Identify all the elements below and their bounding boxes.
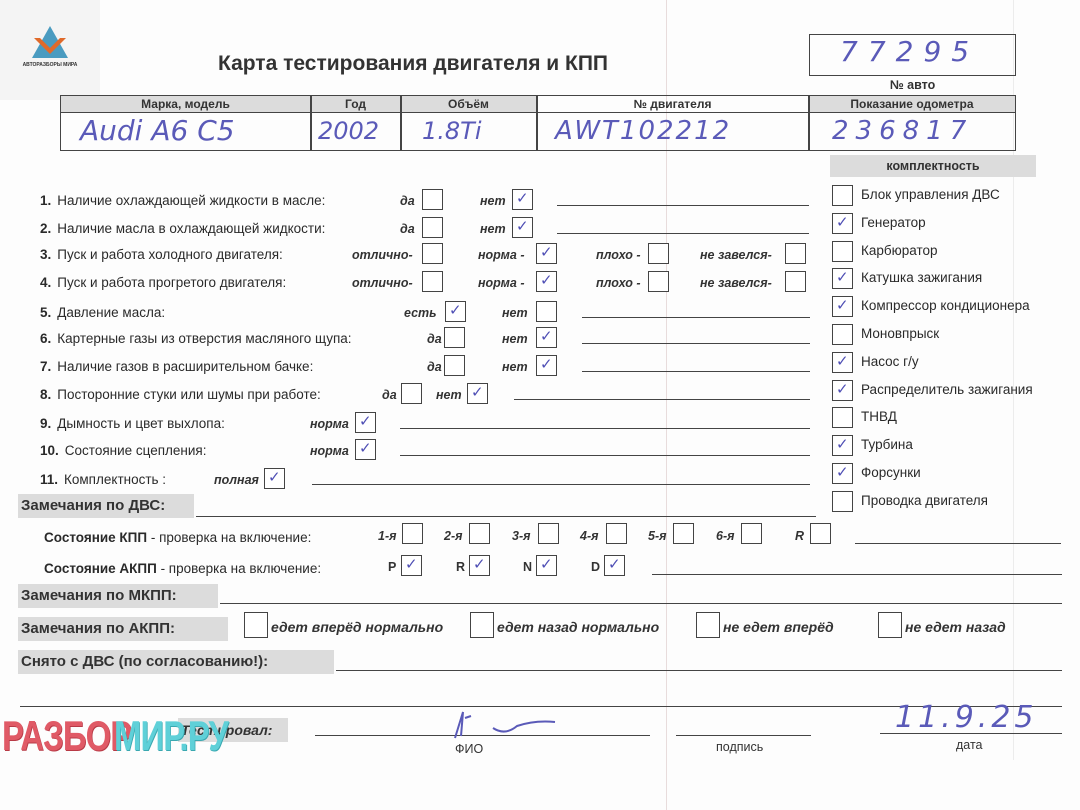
engine-number-value[interactable]: AWT102212 [555,116,731,146]
kpp-notes-field[interactable] [855,543,1061,544]
option-label: отлично- [352,248,413,262]
akpp-notes-field[interactable] [652,574,1062,575]
checkbox[interactable]: ✓ [355,412,376,433]
option-label: отлично- [352,276,413,290]
gear-label: 4-я [580,529,598,543]
option-label: нет [480,194,506,208]
logo-icon [30,24,70,60]
gear-checkbox[interactable] [673,523,694,544]
check-mark-icon: ✓ [268,468,281,486]
checkbox[interactable] [648,271,669,292]
option-label: норма - [478,248,525,262]
check-label: 3.Пуск и работа холодного двигателя: [40,247,283,262]
check-mark-icon: ✓ [449,301,462,319]
check-label: 9.Дымность и цвет выхлопа: [40,416,225,431]
watermark-part1: РАЗБОР [2,712,131,760]
check-mark-icon: ✓ [405,555,418,573]
check-mark-icon: ✓ [836,435,849,453]
check-mark-icon: ✓ [540,243,553,261]
check-mark-icon: ✓ [540,327,553,345]
checkbox[interactable] [422,217,443,238]
check-mark-icon: ✓ [540,271,553,289]
gear-label: D [591,560,600,574]
gear-label: 5-я [648,529,666,543]
fio-caption: ФИО [455,742,483,756]
option-label: плохо - [596,276,640,290]
table-divider [400,95,402,151]
checkbox[interactable]: ✓ [512,217,533,238]
check-label: 4.Пуск и работа прогретого двигателя: [40,275,286,290]
page-title: Карта тестирования двигателя и КПП [218,52,608,76]
gear-label: 1-я [378,529,396,543]
signature-scribble [445,708,565,740]
option-label: нет [480,222,506,236]
check-mark-icon: ✓ [473,555,486,573]
completeness-item: Насос г/у [861,354,919,369]
gear-checkbox[interactable] [810,523,831,544]
checkbox[interactable] [422,189,443,210]
check-label: 2.Наличие масла в охлаждающей жидкости: [40,221,325,236]
check-mark-icon: ✓ [836,296,849,314]
checkbox[interactable] [444,327,465,348]
notes-field[interactable] [557,233,809,234]
completeness-checkbox[interactable]: ✓ [832,352,853,373]
gear-checkbox[interactable] [469,523,490,544]
akpp-remarks-label: Замечания по АКПП: [18,617,228,641]
notes-field[interactable] [582,371,810,372]
check-label: 11.Комплектность : [40,472,166,487]
col-header: Год [311,96,400,112]
gear-label: 6-я [716,529,734,543]
completeness-checkbox[interactable]: ✓ [832,380,853,401]
check-label: 10.Состояние сцепления: [40,443,207,458]
checkbox[interactable]: ✓ [536,271,557,292]
gear-checkbox[interactable]: ✓ [604,555,625,576]
akpp-remark-label: не едет вперёд [723,619,834,635]
option-label: норма [310,417,349,431]
make-model-value[interactable]: Audi A6 C5 [80,114,235,147]
completeness-item: Блок управления ДВС [861,187,1000,202]
notes-field[interactable] [557,205,809,206]
checkbox[interactable]: ✓ [512,189,533,210]
checkbox[interactable]: ✓ [445,301,466,322]
engine-remarks-field[interactable] [196,516,816,517]
akpp-check-label: Состояние АКПП - проверка на включение: [44,561,321,576]
completeness-item: Турбина [861,437,913,452]
auto-number-value: 77295 [840,35,979,68]
completeness-checkbox[interactable]: ✓ [832,268,853,289]
option-label: нет [502,306,528,320]
check-mark-icon: ✓ [836,380,849,398]
gear-label: R [456,560,465,574]
sign-caption: подпись [716,740,763,754]
option-label: да [400,222,415,236]
check-mark-icon: ✓ [516,189,529,207]
kpp-check-label: Состояние КПП - проверка на включение: [44,530,311,545]
mkpp-remarks-label: Замечания по МКПП: [18,584,218,608]
removed-field[interactable] [336,670,1062,671]
akpp-remark-checkbox[interactable] [696,612,720,638]
completeness-checkbox[interactable] [832,407,853,428]
option-label: плохо - [596,248,640,262]
auto-number-label: № авто [809,76,1016,94]
check-label: 7.Наличие газов в расширительном бачке: [40,359,313,374]
check-mark-icon: ✓ [836,268,849,286]
auto-number-field[interactable]: 77295 [809,34,1016,76]
completeness-checkbox[interactable]: ✓ [832,463,853,484]
option-label: нет [502,332,528,346]
akpp-remark-checkbox[interactable] [244,612,268,638]
completeness-checkbox[interactable] [832,185,853,206]
checkbox[interactable]: ✓ [536,243,557,264]
option-label: полная [214,473,259,487]
akpp-remark-label: не едет назад [905,619,1006,635]
checkbox[interactable] [444,355,465,376]
table-divider [808,95,810,151]
completeness-item: Карбюратор [861,243,938,258]
option-label: да [427,332,442,346]
completeness-item: Генератор [861,215,926,230]
gear-checkbox[interactable]: ✓ [401,555,422,576]
check-mark-icon: ✓ [516,217,529,235]
gear-label: 3-я [512,529,530,543]
mkpp-remarks-field[interactable] [220,603,1062,604]
checkbox[interactable]: ✓ [536,355,557,376]
completeness-item: Форсунки [861,465,921,480]
option-label: есть [404,306,437,320]
option-label: не завелся- [700,248,772,262]
completeness-item: Компрессор кондиционера [861,298,1030,313]
engine-remarks-label: Замечания по ДВС: [18,494,194,518]
gear-checkbox[interactable]: ✓ [536,555,557,576]
check-mark-icon: ✓ [836,352,849,370]
checkbox[interactable] [648,243,669,264]
check-mark-icon: ✓ [359,439,372,457]
gear-checkbox[interactable] [538,523,559,544]
notes-field[interactable] [582,343,810,344]
check-mark-icon: ✓ [608,555,621,573]
checkbox[interactable]: ✓ [355,439,376,460]
check-mark-icon: ✓ [540,555,553,573]
volume-value[interactable]: 1.8Ti [422,117,482,145]
completeness-checkbox[interactable] [832,491,853,512]
gear-checkbox[interactable] [606,523,627,544]
akpp-remark-checkbox[interactable] [470,612,494,638]
year-value[interactable]: 2002 [318,117,379,145]
akpp-remark-checkbox[interactable] [878,612,902,638]
option-label: нет [436,388,462,402]
watermark-part2: МИР.РУ [114,712,228,760]
gear-label: R [795,529,804,543]
checkbox[interactable] [422,243,443,264]
completeness-header: комплектность [830,155,1036,177]
gear-label: 2-я [444,529,462,543]
checkbox[interactable] [422,271,443,292]
gear-checkbox[interactable]: ✓ [469,555,490,576]
checkbox[interactable] [785,243,806,264]
gear-checkbox[interactable] [741,523,762,544]
completeness-checkbox[interactable]: ✓ [832,213,853,234]
checkbox[interactable]: ✓ [467,383,488,404]
check-label: 1.Наличие охлаждающей жидкости в масле: [40,193,325,208]
col-header: № двигателя [537,96,808,112]
check-label: 5.Давление масла: [40,305,165,320]
checkbox[interactable] [785,271,806,292]
date-caption: дата [956,738,983,752]
checkbox[interactable] [401,383,422,404]
col-header: Марка, модель [61,96,310,112]
col-header: Объём [401,96,536,112]
completeness-checkbox[interactable]: ✓ [832,435,853,456]
notes-field[interactable] [582,317,810,318]
akpp-remark-label: едет вперёд нормально [271,619,443,635]
check-mark-icon: ✓ [836,463,849,481]
logo-text: АВТОРАЗБОРЫ МИРА [20,62,80,68]
completeness-checkbox[interactable] [832,324,853,345]
option-label: нет [502,360,528,374]
option-label: да [427,360,442,374]
completeness-checkbox[interactable] [832,241,853,262]
gear-label: N [523,560,532,574]
table-divider [536,95,538,151]
check-mark-icon: ✓ [836,213,849,231]
date-value: 11.9.25 [895,700,1038,735]
checkbox[interactable]: ✓ [264,468,285,489]
option-label: да [382,388,397,402]
sign-field[interactable] [676,735,811,736]
gear-checkbox[interactable] [402,523,423,544]
completeness-item: Катушка зажигания [861,270,982,285]
notes-field[interactable] [312,484,810,485]
akpp-remark-label: едет назад нормально [497,619,659,635]
check-mark-icon: ✓ [359,412,372,430]
notes-field[interactable] [514,399,810,400]
check-mark-icon: ✓ [471,383,484,401]
notes-field[interactable] [400,428,810,429]
option-label: норма - [478,276,525,290]
notes-field[interactable] [400,455,810,456]
checkbox[interactable]: ✓ [536,327,557,348]
checkbox[interactable] [536,301,557,322]
odometer-value[interactable]: 236817 [832,116,973,146]
completeness-checkbox[interactable]: ✓ [832,296,853,317]
option-label: да [400,194,415,208]
logo: АВТОРАЗБОРЫ МИРА [0,0,100,100]
col-header: Показание одометра [809,96,1015,112]
completeness-item: Проводка двигателя [861,493,988,508]
table-divider [310,95,312,151]
check-mark-icon: ✓ [540,355,553,373]
completeness-item: ТНВД [861,409,897,424]
completeness-item: Моновпрыск [861,326,939,341]
completeness-item: Распределитель зажигания [861,382,1033,397]
check-label: 6.Картерные газы из отверстия масляного … [40,331,352,346]
option-label: норма [310,444,349,458]
gear-label: P [388,560,396,574]
option-label: не завелся- [700,276,772,290]
removed-label: Снято с ДВС (по согласованию!): [18,650,334,674]
check-label: 8.Посторонние стуки или шумы при работе: [40,387,321,402]
